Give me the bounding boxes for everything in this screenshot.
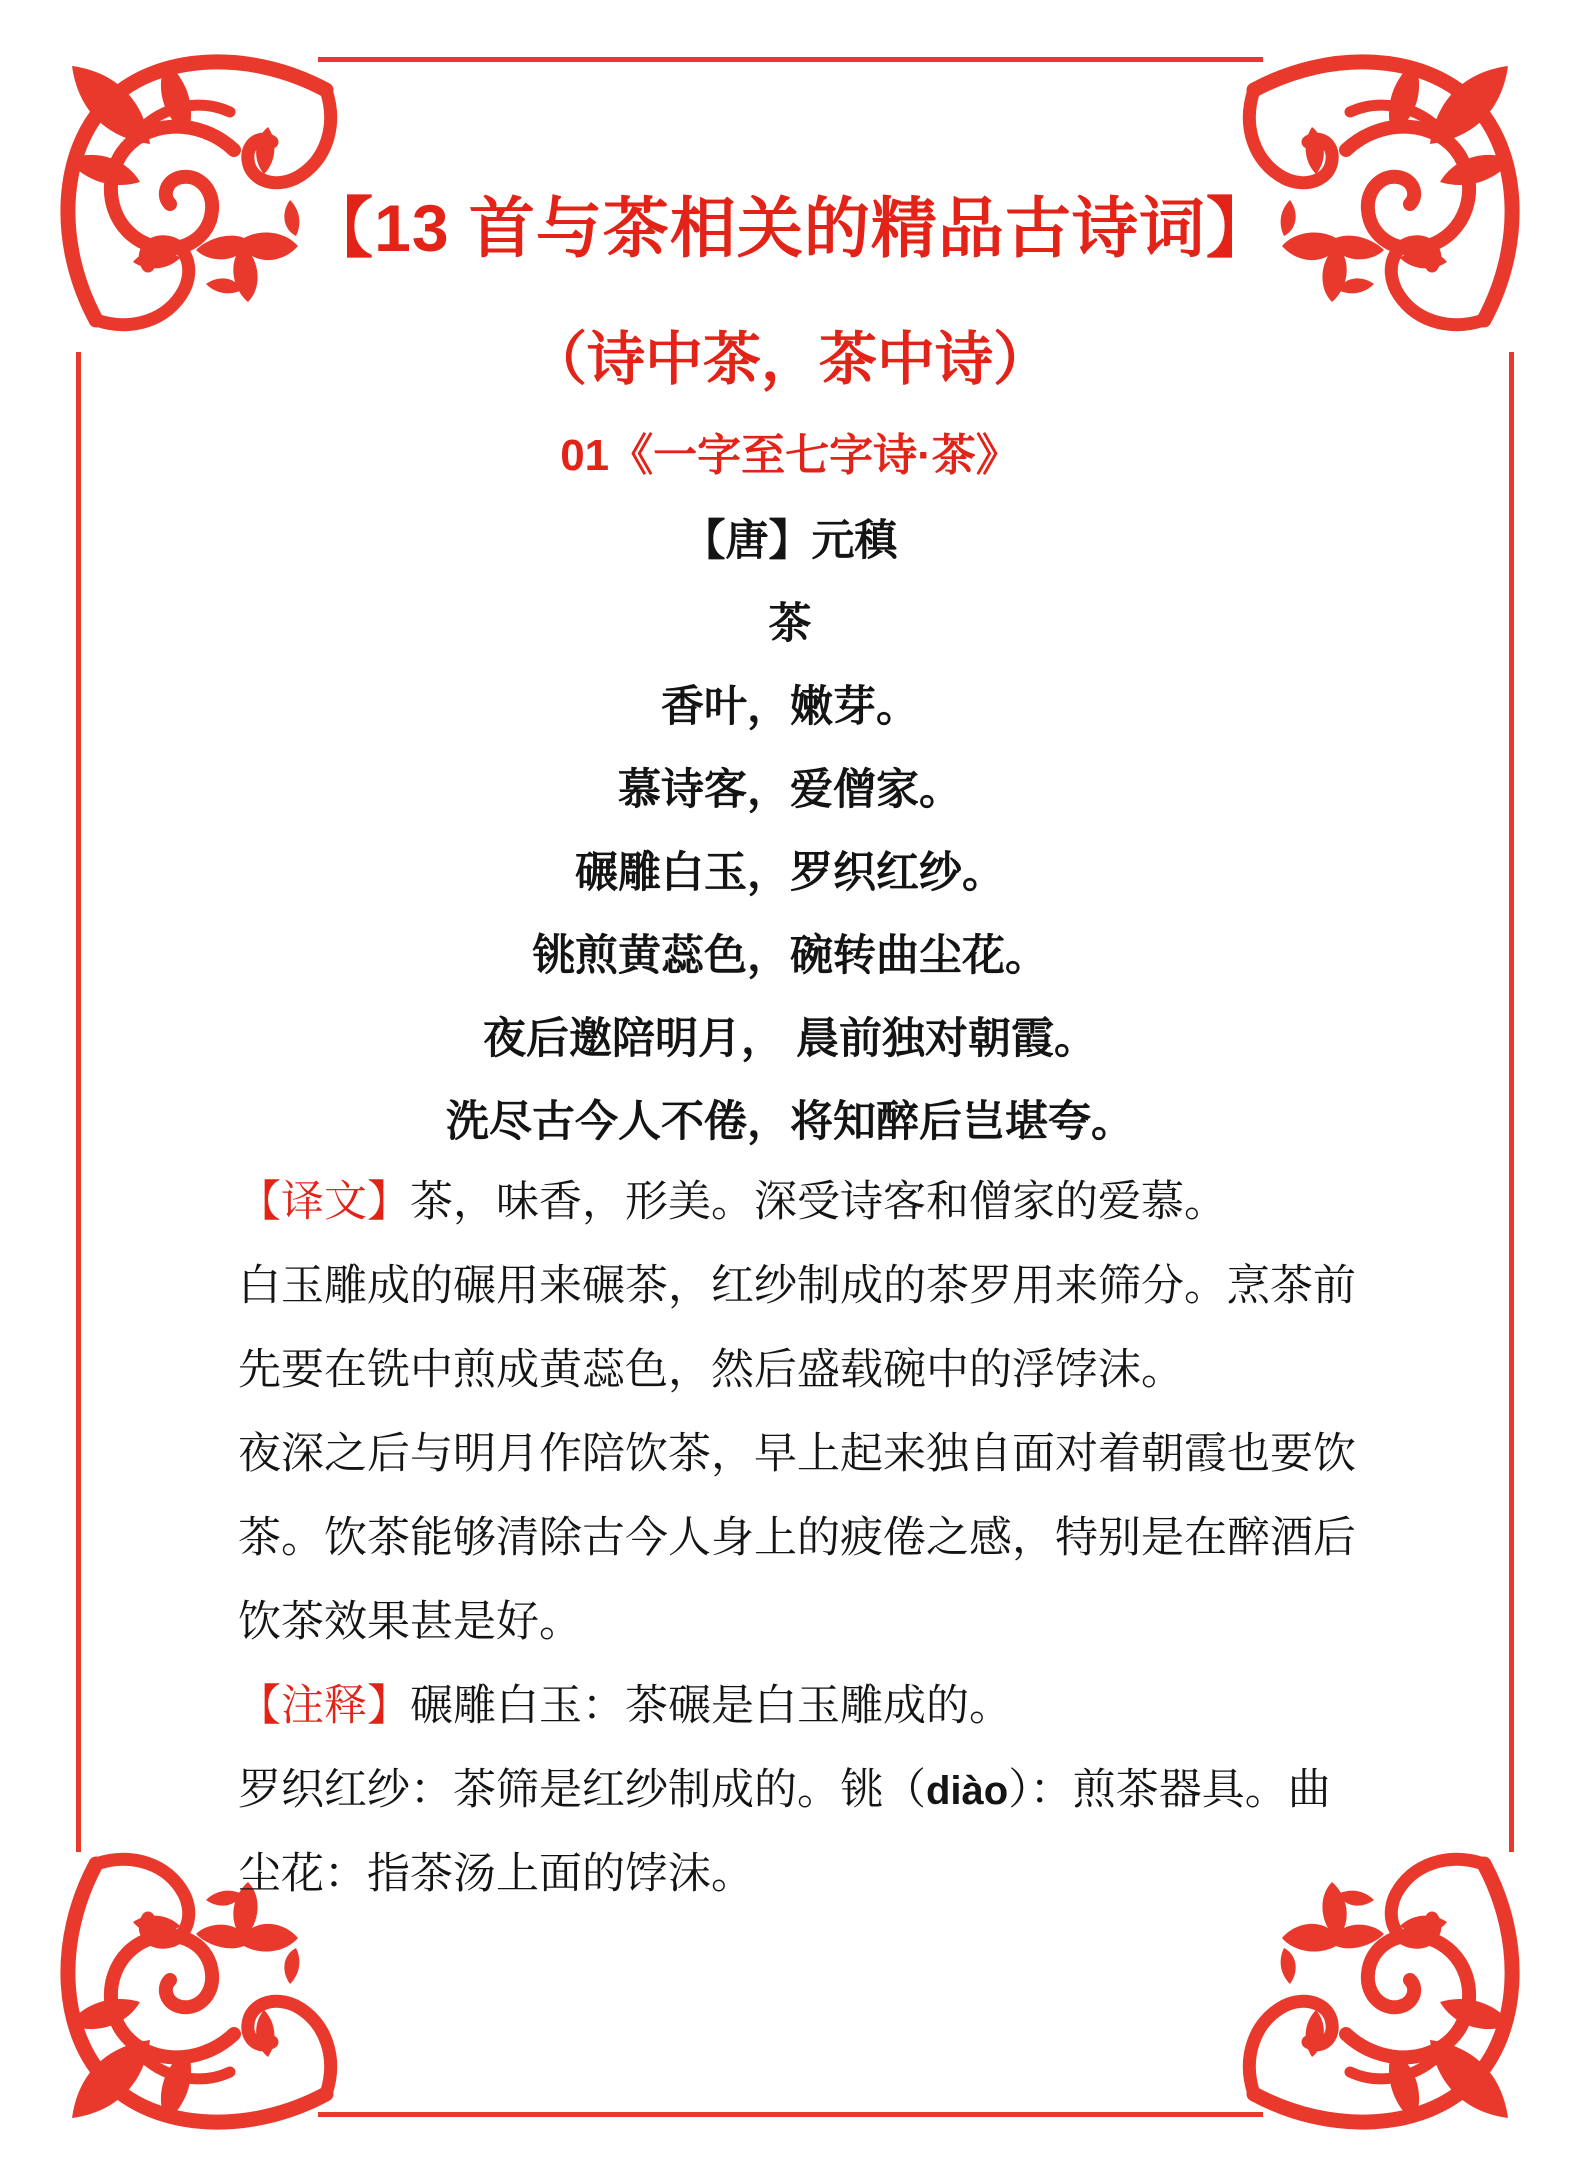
translation-intro-text: 茶，味香，形美。深受诗客和僧家的爱慕。	[410, 1179, 1227, 1226]
translation-label: 【译文】	[238, 1179, 410, 1226]
floral-corner-top-right-icon	[1242, 32, 1542, 332]
notes-label: 【注释】	[238, 1683, 410, 1730]
poem-line: 洗尽古今人不倦，将知醉后岂堪夸。	[0, 1081, 1580, 1164]
translation-paragraph: 【译文】茶，味香，形美。深受诗客和僧家的爱慕。 白玉雕成的碾用来碾茶，红纱制成的…	[238, 1161, 1378, 1665]
translation-line: 夜深之后与明月作陪饮茶，早上起来独自面对着朝霞也要饮	[238, 1413, 1378, 1497]
notes-line: 【注释】碾雕白玉：茶碾是白玉雕成的。	[238, 1665, 1378, 1749]
poem-line: 茶	[0, 583, 1580, 666]
poem-block: 【唐】元稹 茶 香叶，嫩芽。 慕诗客，爱僧家。 碾雕白玉，罗织红纱。 铫煎黄蕊色…	[0, 500, 1580, 1164]
notes-line: 罗织红纱：茶筛是红纱制成的。铫（diào）：煎茶器具。曲	[238, 1749, 1378, 1833]
translation-line: 白玉雕成的碾用来碾茶，红纱制成的茶罗用来筛分。烹茶前	[238, 1245, 1378, 1329]
poem-line: 慕诗客，爱僧家。	[0, 749, 1580, 832]
poem-line: 香叶，嫩芽。	[0, 666, 1580, 749]
translation-line: 先要在铣中煎成黄蕊色，然后盛载碗中的浮饽沫。	[238, 1329, 1378, 1413]
poem-line: 夜后邀陪明月， 晨前独对朝霞。	[0, 998, 1580, 1081]
notes-intro-text: 碾雕白玉：茶碾是白玉雕成的。	[410, 1683, 1012, 1730]
notes-line: 尘花：指茶汤上面的饽沫。	[238, 1833, 1378, 1917]
poem-line: 铫煎黄蕊色，碗转曲尘花。	[0, 915, 1580, 998]
document-page: 【13 首与茶相关的精品古诗词】 （诗中茶，茶中诗） 01《一字至七字诗·茶》 …	[0, 0, 1580, 2165]
notes-pinyin-text: diào	[926, 1769, 1008, 1813]
notes-line2-text-end: ）：煎茶器具。曲	[1008, 1767, 1331, 1814]
page-subtitle: （诗中茶，茶中诗）	[0, 320, 1580, 400]
translation-line: 饮茶效果甚是好。	[238, 1581, 1378, 1665]
floral-corner-top-left-icon	[38, 32, 338, 332]
notes-line2-text: 罗织红纱：茶筛是红纱制成的。铫（	[238, 1767, 926, 1814]
notes-paragraph: 【注释】碾雕白玉：茶碾是白玉雕成的。 罗织红纱：茶筛是红纱制成的。铫（diào）…	[238, 1665, 1378, 1917]
poem-author: 【唐】元稹	[0, 500, 1580, 583]
poem-line: 碾雕白玉，罗织红纱。	[0, 832, 1580, 915]
section-heading: 01《一字至七字诗·茶》	[0, 427, 1580, 485]
translation-line: 茶。饮茶能够清除古今人身上的疲倦之感，特别是在醉酒后	[238, 1497, 1378, 1581]
page-title: 【13 首与茶相关的精品古诗词】	[0, 183, 1580, 273]
translation-line: 【译文】茶，味香，形美。深受诗客和僧家的爱慕。	[238, 1161, 1378, 1245]
border-line-top	[318, 57, 1263, 62]
border-line-bottom	[318, 2112, 1263, 2117]
